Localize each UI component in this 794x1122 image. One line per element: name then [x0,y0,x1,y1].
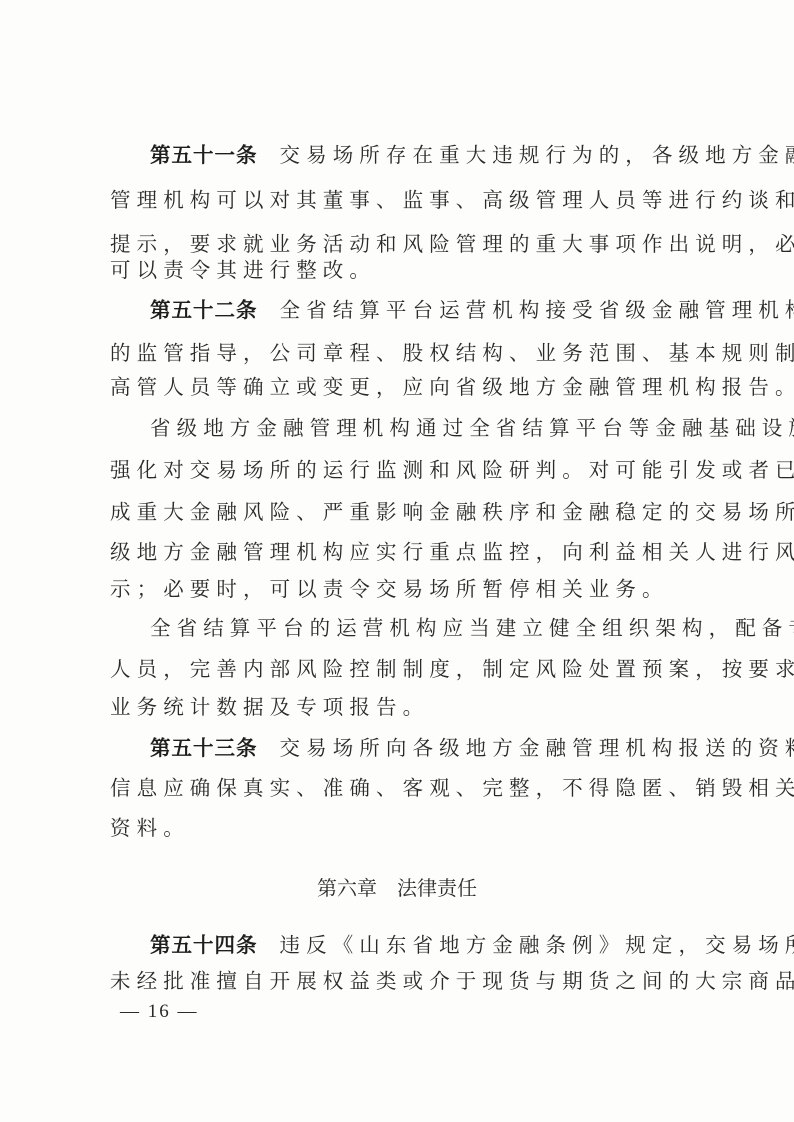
article-53-label: 第五十三条 [150,736,258,760]
article-52-p2-line-3: 成重大金融风险、严重影响金融秩序和金融稳定的交易场所，各 [110,497,700,527]
article-52-p3-line-2: 人员，完善内部风险控制制度，制定风险处置预案，按要求报送 [110,654,700,684]
article-54-line-2: 未经批准擅自开展权益类或介于现货与期货之间的大宗商品交易 [110,966,700,996]
article-51-label: 第五十一条 [150,143,258,167]
article-51-line-2: 管理机构可以对其董事、监事、高级管理人员等进行约谈和风险 [110,185,700,215]
article-52-p2-line-1: 省级地方金融管理机构通过全省结算平台等金融基础设施， [150,413,700,443]
chapter-heading: 第六章法律责任 [0,872,794,901]
article-52-p2-line-5: 示；必要时，可以责令交易场所暂停相关业务。 [110,574,700,604]
article-51-line-1: 第五十一条交易场所存在重大违规行为的，各级地方金融 [150,140,700,170]
article-54-line-1: 第五十四条违反《山东省地方金融条例》规定，交易场所 [150,930,700,960]
article-51-line-4: 可以责令其进行整改。 [110,255,700,285]
article-52-line-2: 的监管指导，公司章程、股权结构、业务范围、基本规则制度、 [110,338,700,368]
article-53-line-3: 资料。 [110,813,700,843]
article-52-p3-line-1: 全省结算平台的运营机构应当建立健全组织架构，配备专业 [150,613,700,643]
article-52-p2-line-4: 级地方金融管理机构应实行重点监控，向利益相关人进行风险提 [110,537,700,567]
article-52-p3-line-3: 业务统计数据及专项报告。 [110,692,700,722]
document-page: 第五十一条交易场所存在重大违规行为的，各级地方金融 管理机构可以对其董事、监事、… [0,0,794,1122]
article-53-line-2: 信息应确保真实、准确、客观、完整，不得隐匿、销毁相关证据 [110,773,700,803]
article-52-line-3: 高管人员等确立或变更，应向省级地方金融管理机构报告。 [110,372,700,402]
article-53-line-1: 第五十三条交易场所向各级地方金融管理机构报送的资料 [150,733,700,763]
article-52-line-1: 第五十二条全省结算平台运营机构接受省级金融管理机构 [150,295,700,325]
article-52-p2-line-2: 强化对交易场所的运行监测和风险研判。对可能引发或者已经形 [110,455,700,485]
article-52-label: 第五十二条 [150,298,258,322]
page-number: — 16 — [120,1001,199,1023]
article-54-label: 第五十四条 [150,933,258,957]
